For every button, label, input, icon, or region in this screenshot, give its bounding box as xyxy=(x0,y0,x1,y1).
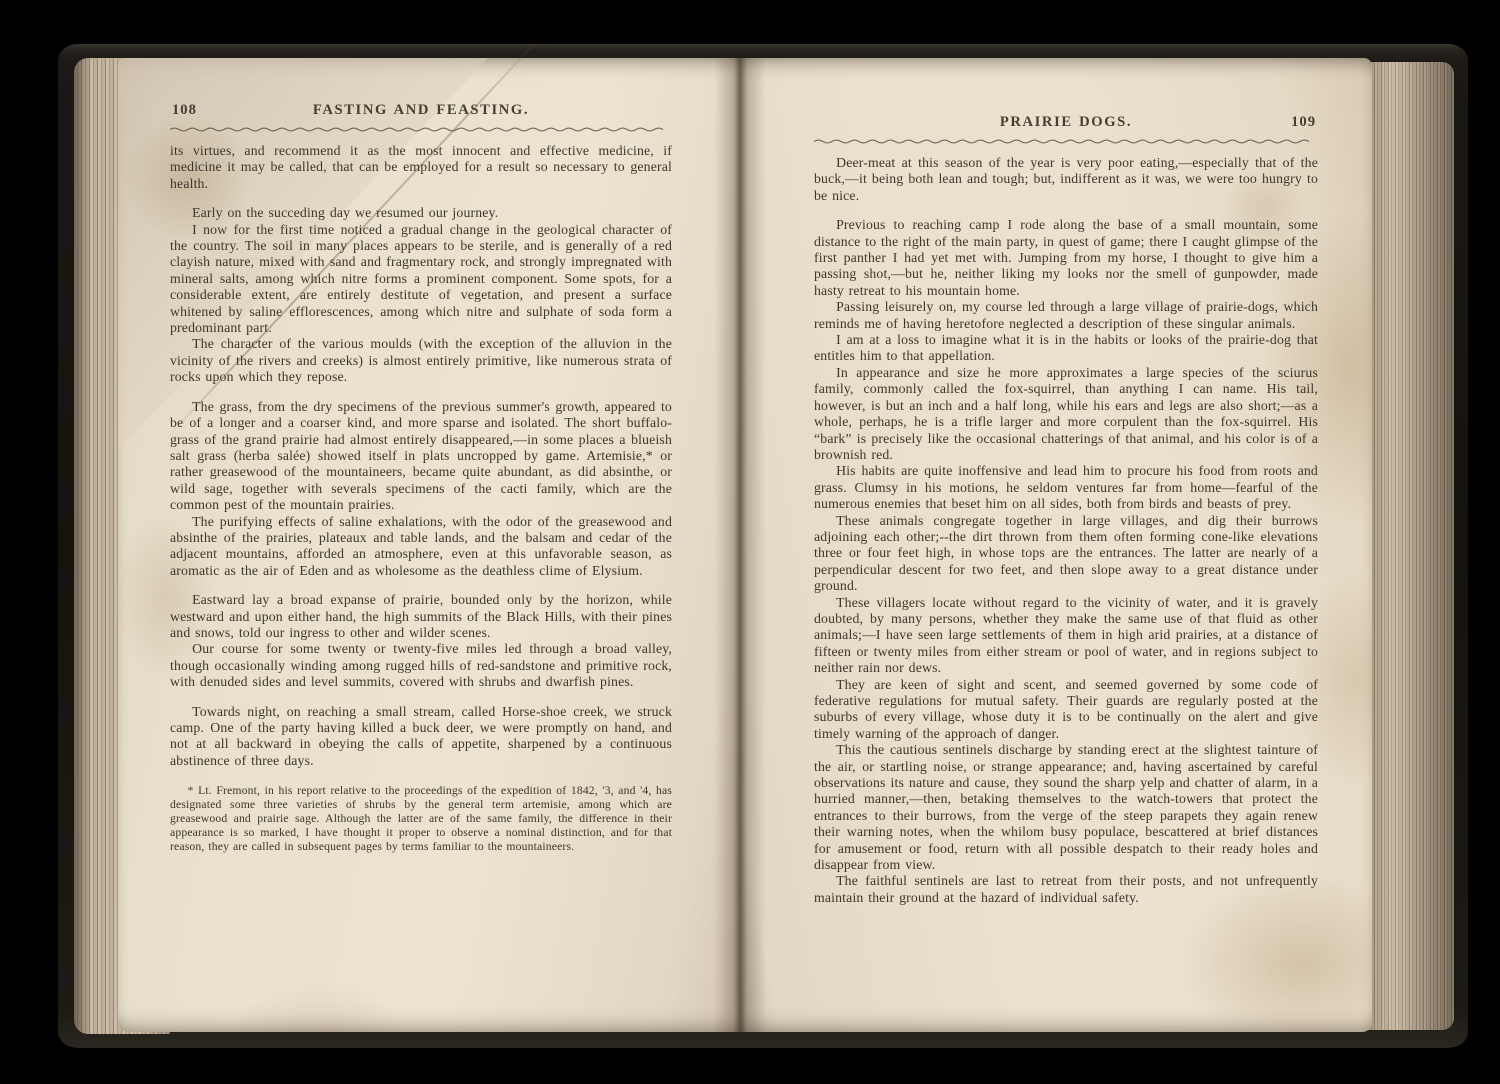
paragraph: They are keen of sight and scent, and se… xyxy=(814,677,1318,743)
book-page-left: 108 FASTING AND FEASTING. its virtues, a… xyxy=(118,58,740,1032)
paragraph: The faithful sentinels are last to retre… xyxy=(814,873,1318,906)
paragraph: The purifying effects of saline exhalati… xyxy=(170,514,672,580)
paragraph: These animals congregate together in lar… xyxy=(814,513,1318,595)
paragraph: Towards night, on reaching a small strea… xyxy=(170,704,672,770)
paragraph: Previous to reaching camp I rode along t… xyxy=(814,217,1318,299)
paragraph: its virtues, and recommend it as the mos… xyxy=(170,143,672,192)
paragraph: His habits are quite inoffensive and lea… xyxy=(814,463,1318,512)
page-number: 109 xyxy=(1291,114,1316,130)
paragraph: Deer-meat at this season of the year is … xyxy=(814,155,1318,204)
paragraph: This the cautious sentinels discharge by… xyxy=(814,742,1318,873)
paragraph: The grass, from the dry specimens of the… xyxy=(170,399,672,514)
page-header: 108 FASTING AND FEASTING. xyxy=(170,102,672,124)
running-head: PRAIRIE DOGS. xyxy=(814,114,1318,130)
paragraph: These villagers locate without regard to… xyxy=(814,595,1318,677)
paragraph: Passing leisurely on, my course led thro… xyxy=(814,299,1318,332)
paragraph: I am at a loss to imagine what it is in … xyxy=(814,332,1318,365)
paragraph: Our course for some twenty or twenty-fiv… xyxy=(170,641,672,690)
paragraph: In appearance and size he more approxima… xyxy=(814,365,1318,463)
paragraph: I now for the first time noticed a gradu… xyxy=(170,222,672,337)
running-head: FASTING AND FEASTING. xyxy=(170,102,672,118)
page-header: 109 PRAIRIE DOGS. xyxy=(814,114,1318,136)
book-page-right: 109 PRAIRIE DOGS. Deer-meat at this seas… xyxy=(740,58,1372,1032)
page-edges-right xyxy=(1368,62,1454,1030)
paragraph: Eastward lay a broad expanse of prairie,… xyxy=(170,592,672,641)
wavy-divider xyxy=(170,126,672,133)
page-number: 108 xyxy=(172,102,197,118)
footnote: * Lt. Fremont, in his report relative to… xyxy=(170,784,672,854)
paragraph: The character of the various moulds (wit… xyxy=(170,336,672,385)
wavy-divider xyxy=(814,138,1318,145)
paragraph: Early on the succeding day we resumed ou… xyxy=(170,205,672,221)
